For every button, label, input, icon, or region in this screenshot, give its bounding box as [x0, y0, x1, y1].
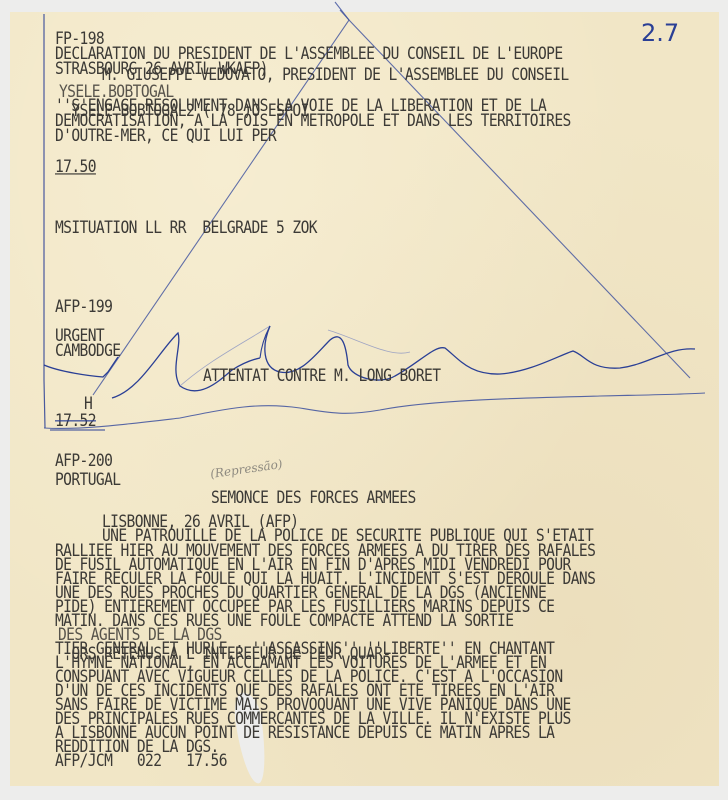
dispatch-id: AFP-200 [55, 452, 112, 470]
dispatch-id: AFP-199 [55, 298, 112, 316]
dispatch-region: CAMBODGE [55, 342, 121, 360]
dispatch-region: PORTUGAL [55, 471, 121, 489]
dispatch-time: 17.50 [55, 158, 96, 176]
service-line: MSITUATION LL RR BELGRADE 5 ZOK [55, 219, 317, 237]
dispatch-time: 17.52 [55, 412, 96, 430]
dispatch-headline: SEMONCE DES FORCES ARMEES [211, 489, 416, 507]
dispatch-line: D'OUTRE-MER, CE QUI LUI PER [55, 127, 276, 145]
dispatch-signoff: AFP/JCM 022 17.56 [55, 752, 227, 770]
dispatch-headline: ATTENTAT CONTRE M. LONG BORET [203, 367, 440, 385]
page-number-annotation: 2.7 [641, 19, 679, 47]
